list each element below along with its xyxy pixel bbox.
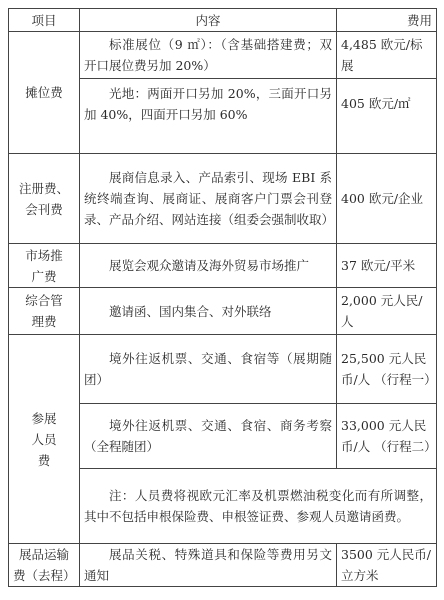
table-row-registration: 注册费、会刊费 展商信息录入、产品索引、现场 EBI 系统终端查询、展商证、展商… — [9, 154, 437, 244]
item-marketing: 市场推广费 — [9, 244, 80, 288]
content-booth-raw-space: 光地：两面开口另加 20%，三面开口另加 40%，四面开口另加 60% — [80, 79, 337, 154]
fee-staff-option2: 33,000 元人民币/人 （行程二） — [337, 404, 437, 469]
content-booth-standard: 标准展位（9 ㎡）：（含基础搭建费；双开口展位费另加 20%） — [80, 32, 337, 79]
fee-table: 项目 内容 费用 摊位费 标准展位（9 ㎡）：（含基础搭建费；双开口展位费另加 … — [8, 8, 437, 587]
header-row: 项目 内容 费用 — [9, 9, 437, 32]
fee-shipping: 3500 元人民币/立方米 — [337, 544, 437, 587]
table-row-marketing: 市场推广费 展览会观众邀请及海外贸易市场推广 37 欧元/平米 — [9, 244, 437, 288]
content-staff-option2: 境外往返机票、交通、食宿、商务考察（全程随团） — [80, 404, 337, 469]
content-marketing: 展览会观众邀请及海外贸易市场推广 — [80, 244, 337, 288]
table-row-booth-standard: 摊位费 标准展位（9 ㎡）：（含基础搭建费；双开口展位费另加 20%） 4,48… — [9, 32, 437, 79]
header-fee: 费用 — [337, 9, 437, 32]
fee-booth-raw-space: 405 欧元/㎡ — [337, 79, 437, 154]
header-item: 项目 — [9, 9, 80, 32]
content-shipping: 展品关税、特殊道具和保险等费用另文通知 — [80, 544, 337, 587]
content-registration: 展商信息录入、产品索引、现场 EBI 系统终端查询、展商证、展商客户门票会刊登录… — [80, 154, 337, 244]
table-row-staff-option1: 参展人员费 境外往返机票、交通、食宿等（展期随团） 25,500 元人民币/人 … — [9, 335, 437, 404]
item-registration: 注册费、会刊费 — [9, 154, 80, 244]
table-row-management: 综合管理费 邀请函、国内集合、对外联络 2,000 元人民/人 — [9, 288, 437, 335]
fee-booth-standard: 4,485 欧元/标展 — [337, 32, 437, 79]
table-row-shipping: 展品运输费（去程） 展品关税、特殊道具和保险等费用另文通知 3500 元人民币/… — [9, 544, 437, 587]
item-management: 综合管理费 — [9, 288, 80, 335]
header-content: 内容 — [80, 9, 337, 32]
staff-note: 注：人员费将视欧元汇率及机票燃油税变化而有所调整，其中不包括申根保险费、申根签证… — [80, 469, 437, 544]
content-staff-option1: 境外往返机票、交通、食宿等（展期随团） — [80, 335, 337, 404]
fee-staff-option1: 25,500 元人民币/人 （行程一） — [337, 335, 437, 404]
fee-management: 2,000 元人民/人 — [337, 288, 437, 335]
fee-marketing: 37 欧元/平米 — [337, 244, 437, 288]
content-management: 邀请函、国内集合、对外联络 — [80, 288, 337, 335]
item-shipping: 展品运输费（去程） — [9, 544, 80, 587]
item-staff: 参展人员费 — [9, 335, 80, 544]
item-booth: 摊位费 — [9, 32, 80, 154]
fee-registration: 400 欧元/企业 — [337, 154, 437, 244]
